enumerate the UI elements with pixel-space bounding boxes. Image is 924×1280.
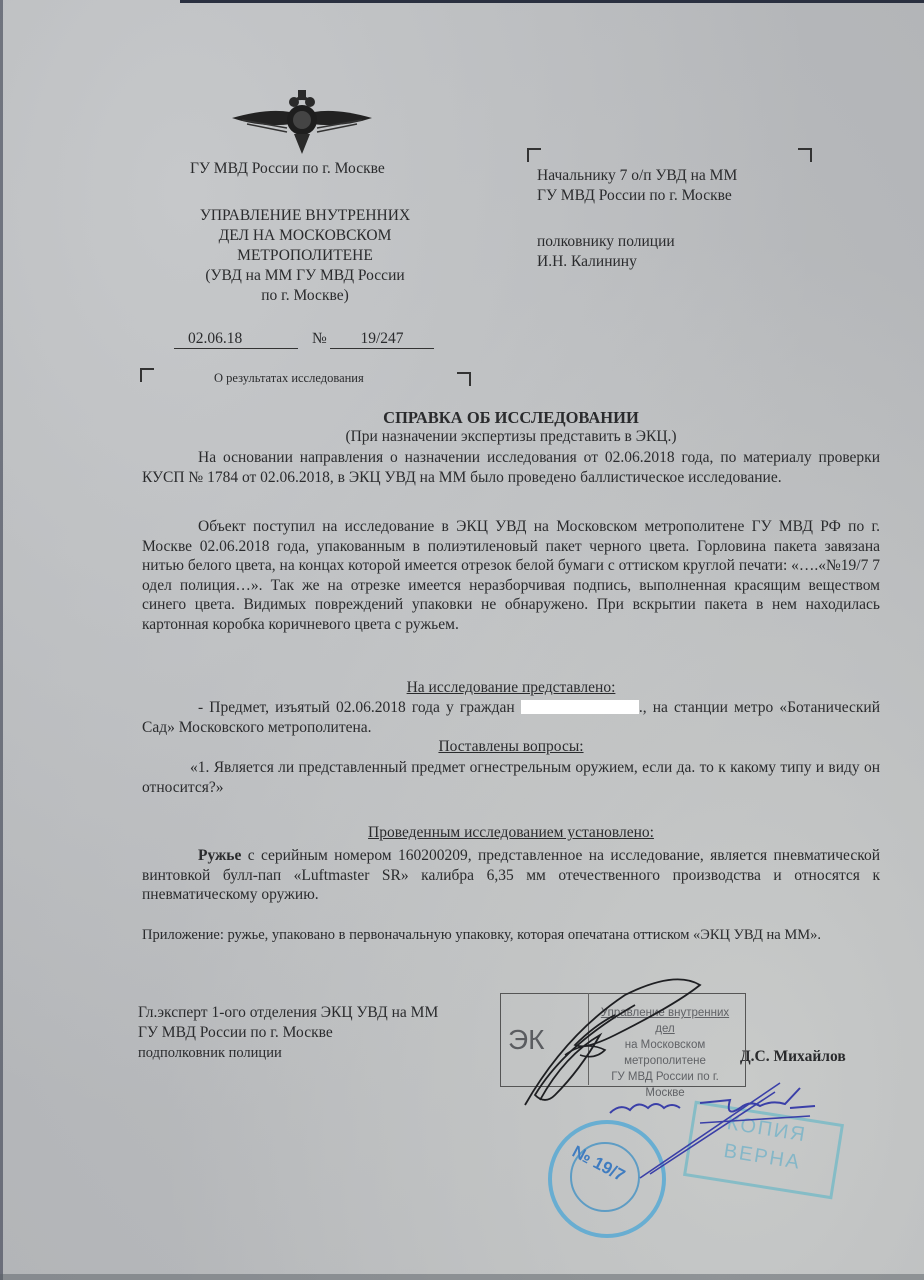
dept-line: МЕТРОПОЛИТЕНЕ (155, 246, 455, 266)
addressee-rank: полковнику полиции (537, 232, 737, 252)
corner-mark (527, 148, 541, 162)
heading-findings: Проведенным исследованием установлено: (142, 824, 880, 842)
photo-edge (180, 0, 924, 3)
attachment-note: Приложение: ружье, упаковано в первонача… (142, 926, 880, 946)
signer-name: Д.С. Михайлов (740, 1048, 846, 1066)
addressee-name: И.Н. Калинину (537, 252, 737, 272)
photo-edge (0, 1274, 924, 1280)
document-number: 19/247 (330, 330, 434, 349)
document-date: 02.06.18 (174, 330, 298, 349)
addressee-line: Начальнику 7 о/п УВД на ММ (537, 166, 737, 186)
dept-line: (УВД на ММ ГУ МВД России (155, 266, 455, 286)
dept-line: УПРАВЛЕНИЕ ВНУТРЕННИХ (155, 206, 455, 226)
dept-line: по г. Москве) (155, 286, 455, 306)
corner-mark (457, 372, 471, 386)
addressee-line: ГУ МВД России по г. Москве (537, 186, 737, 206)
redacted-name (521, 700, 639, 714)
subject-line: О результатах исследования (214, 371, 364, 386)
number-sign: № (312, 330, 327, 348)
paragraph-basis: На основании направления о назначении ис… (142, 448, 880, 487)
number-value: 19/247 (330, 330, 434, 349)
document-subtitle: (При назначении экспертизы представить в… (142, 428, 880, 446)
paragraph-findings: Ружье с серийным номером 160200209, пред… (142, 846, 880, 905)
corner-mark (140, 368, 154, 382)
question-1: «1. Является ли представленный предмет о… (142, 758, 880, 797)
heading-submitted: На исследование представлено: (142, 679, 880, 697)
blue-signature-icon (600, 1078, 840, 1188)
submitted-text: - Предмет, изъятый 02.06.2018 года у гра… (198, 699, 515, 716)
photo-edge (0, 0, 3, 1280)
findings-lead: Ружье (198, 847, 241, 864)
paragraph-object: Объект поступил на исследование в ЭКЦ УВ… (142, 517, 880, 635)
addressee: Начальнику 7 о/п УВД на ММ ГУ МВД России… (537, 166, 737, 272)
document-title: СПРАВКА ОБ ИССЛЕДОВАНИИ (142, 408, 880, 428)
position-line: ГУ МВД России по г. Москве (138, 1023, 438, 1043)
corner-mark (798, 148, 812, 162)
dept-line: ДЕЛ НА МОСКОВСКОМ (155, 226, 455, 246)
document-page: ГУ МВД России по г. Москве УПРАВЛЕНИЕ ВН… (0, 0, 924, 1280)
position-line: Гл.эксперт 1-ого отделения ЭКЦ УВД на ММ (138, 1003, 438, 1023)
heading-questions: Поставлены вопросы: (142, 738, 880, 756)
signer-position: Гл.эксперт 1-ого отделения ЭКЦ УВД на ММ… (138, 1003, 438, 1063)
findings-text: с серийным номером 160200209, представле… (142, 847, 880, 903)
position-line: подполковник полиции (138, 1043, 438, 1063)
department-name: УПРАВЛЕНИЕ ВНУТРЕННИХ ДЕЛ НА МОСКОВСКОМ … (155, 206, 455, 306)
mvd-emblem-icon (232, 88, 372, 158)
paragraph-submitted: - Предмет, изъятый 02.06.2018 года у гра… (142, 698, 880, 737)
org-line: ГУ МВД России по г. Москве (190, 160, 385, 178)
date-value: 02.06.18 (174, 330, 298, 349)
